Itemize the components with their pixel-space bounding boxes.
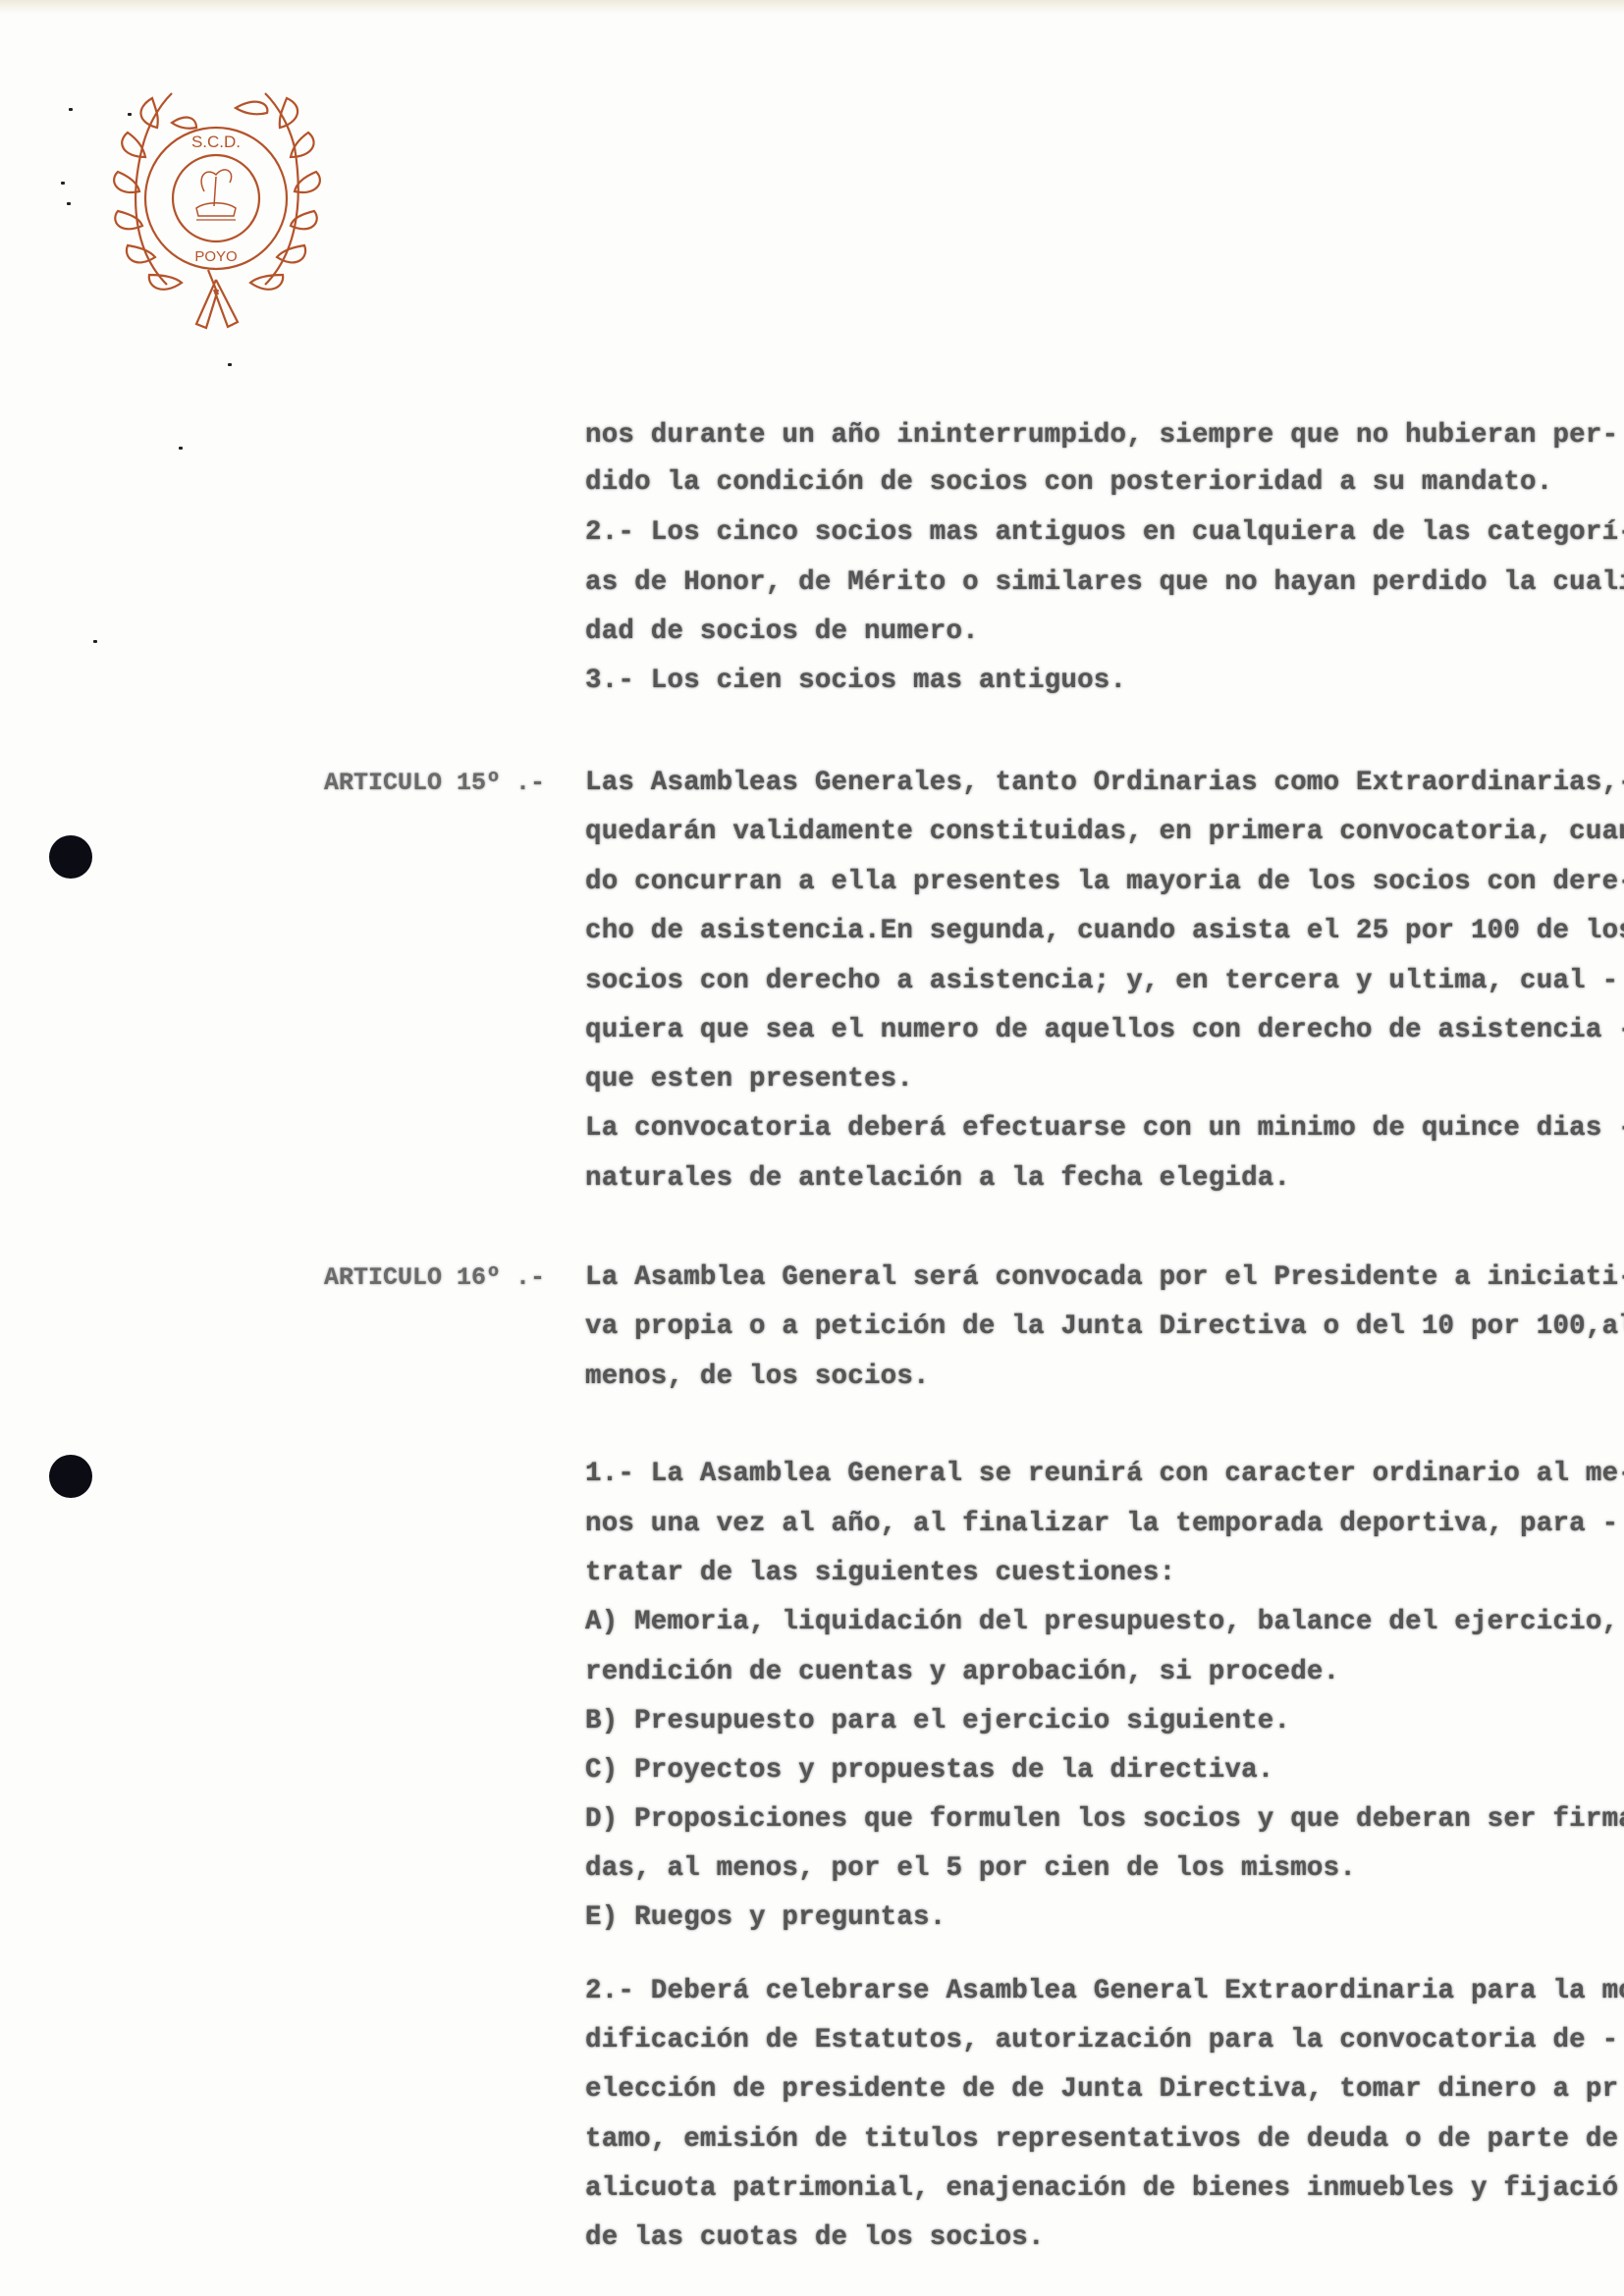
text-line: 2.- Los cinco socios mas antiguos en cua…	[585, 517, 1624, 548]
text-line: tratar de las siguientes cuestiones:	[585, 1558, 1175, 1588]
emblem-bottom-text: POYO	[194, 248, 237, 265]
punch-hole-upper	[49, 835, 92, 879]
text-line: nos una vez al año, al finalizar la temp…	[585, 1509, 1618, 1539]
text-line: 3.- Los cien socios mas antiguos.	[585, 666, 1126, 696]
text-line: Las Asambleas Generales, tanto Ordinaria…	[585, 768, 1624, 798]
text-line: de las cuotas de los socios.	[585, 2222, 1045, 2253]
text-line: va propia o a petición de la Junta Direc…	[585, 1311, 1624, 1342]
scan-speck	[67, 202, 71, 205]
scan-speck	[228, 363, 232, 366]
text-line: La convocatoria deberá efectuarse con un…	[585, 1113, 1624, 1144]
text-line: quedarán validamente constituidas, en pr…	[585, 817, 1624, 847]
text-line: nos durante un año ininterrumpido, siemp…	[585, 420, 1618, 451]
text-line: 2.- Deberá celebrarse Asamblea General E…	[585, 1976, 1624, 2006]
text-line: dad de socios de numero.	[585, 616, 979, 647]
text-line: dido la condición de socios con posterio…	[585, 467, 1552, 498]
text-line: rendición de cuentas y aprobación, si pr…	[585, 1657, 1339, 1687]
text-line: cho de asistencia.En segunda, cuando asi…	[585, 916, 1624, 946]
text-line: dificación de Estatutos, autorización pa…	[585, 2025, 1618, 2056]
text-line: tamo, emisión de titulos representativos…	[585, 2124, 1618, 2155]
text-line: A) Memoria, liquidación del presupuesto,…	[585, 1607, 1618, 1637]
text-line: quiera que sea el numero de aquellos con…	[585, 1015, 1624, 1045]
text-line: La Asamblea General será convocada por e…	[585, 1262, 1624, 1293]
scan-speck	[128, 113, 132, 116]
club-emblem-logo: S.C.D. POYO	[98, 88, 334, 334]
text-line: naturales de antelación a la fecha elegi…	[585, 1163, 1290, 1194]
scan-speck	[93, 640, 97, 643]
text-line: B) Presupuesto para el ejercicio siguien…	[585, 1706, 1290, 1736]
text-line: que esten presentes.	[585, 1064, 913, 1095]
text-line: elección de presidente de de Junta Direc…	[585, 2074, 1618, 2105]
scan-speck	[69, 108, 73, 111]
punch-hole-lower	[49, 1455, 92, 1498]
text-line: socios con derecho a asistencia; y, en t…	[585, 966, 1618, 996]
text-line: 1.- La Asamblea General se reunirá con c…	[585, 1459, 1624, 1489]
text-line: C) Proyectos y propuestas de la directiv…	[585, 1755, 1274, 1786]
scan-speck	[61, 182, 65, 185]
emblem-top-text: S.C.D.	[191, 133, 241, 151]
text-line: do concurran a ella presentes la mayoria…	[585, 867, 1624, 897]
article-16-heading: ARTICULO 16º .-	[324, 1263, 545, 1292]
text-line: menos, de los socios.	[585, 1362, 930, 1392]
article-15-heading: ARTICULO 15º .-	[324, 769, 545, 797]
text-line: das, al menos, por el 5 por cien de los …	[585, 1853, 1356, 1884]
text-line: D) Proposiciones que formulen los socios…	[585, 1804, 1624, 1835]
text-line: E) Ruegos y preguntas.	[585, 1902, 946, 1933]
scan-top-edge	[0, 0, 1624, 14]
text-line: alicuota patrimonial, enajenación de bie…	[585, 2173, 1618, 2204]
text-line: as de Honor, de Mérito o similares que n…	[585, 567, 1624, 598]
scan-speck	[179, 447, 183, 450]
